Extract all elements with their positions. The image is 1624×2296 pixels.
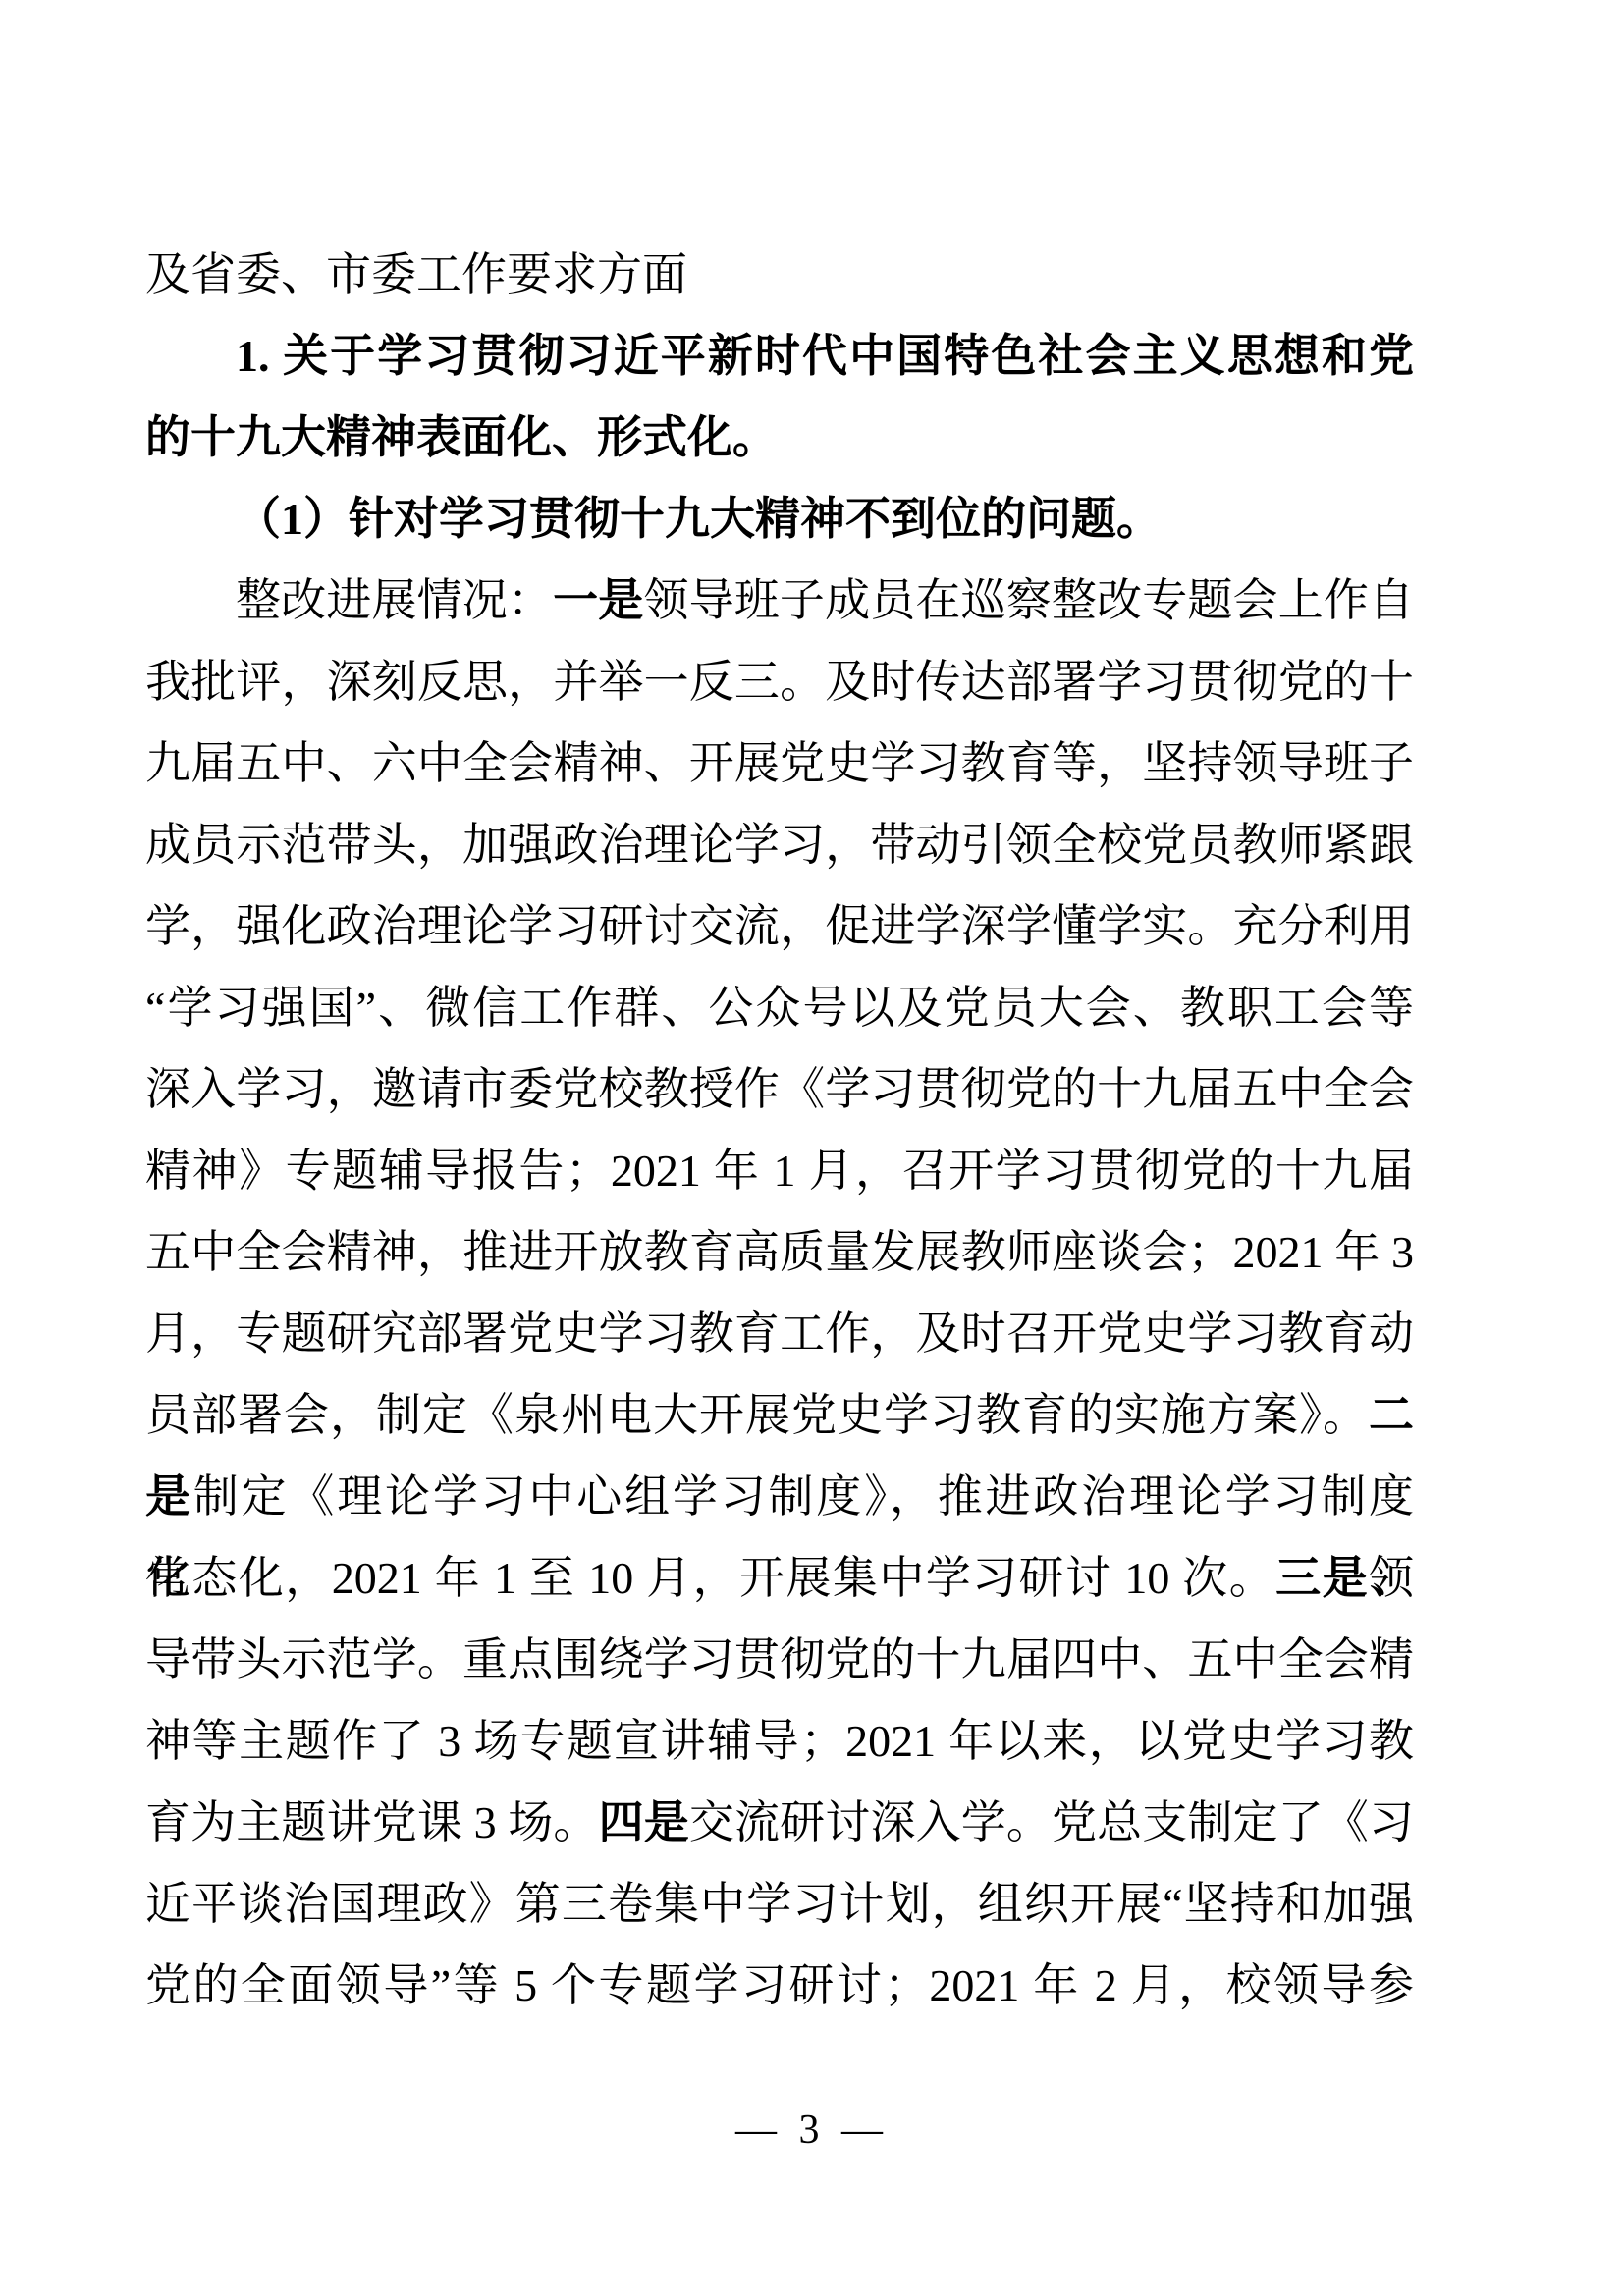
text-segment: 神等主题作了 3 场专题宣讲辅导；2021 年以来，以党史学习教 bbox=[145, 1716, 1414, 1766]
text-segment: 及省委、市委工作要求方面 bbox=[145, 249, 687, 299]
text-line: 月，专题研究部署党史学习教育工作，及时召开党史学习教育动 bbox=[145, 1293, 1414, 1374]
text-segment: 常态化，2021 年 1 至 10 月，开展集中学习研讨 10 次。 bbox=[145, 1553, 1275, 1603]
text-segment: 五中全会精神，推进开放教育高质量发展教师座谈会；2021 年 3 bbox=[145, 1227, 1414, 1277]
page-number: — 3 — bbox=[0, 2101, 1624, 2160]
text-segment: 我批评，深刻反思，并举一反三。及时传达部署学习贯彻党的十 bbox=[145, 657, 1414, 707]
text-line: 1. 关于学习贯彻习近平新时代中国特色社会主义思想和党 bbox=[145, 315, 1414, 397]
text-segment: 领导班子成员在巡察整改专题会上作自 bbox=[643, 575, 1414, 625]
text-line: 导带头示范学。重点围绕学习贯彻党的十九届四中、五中全会精 bbox=[145, 1619, 1414, 1700]
text-line: 深入学习，邀请市委党校教授作《学习贯彻党的十九届五中全会 bbox=[145, 1048, 1414, 1130]
bold-text-segment: 一是 bbox=[553, 575, 643, 625]
text-line: 五中全会精神，推进开放教育高质量发展教师座谈会；2021 年 3 bbox=[145, 1211, 1414, 1293]
document-page: 及省委、市委工作要求方面1. 关于学习贯彻习近平新时代中国特色社会主义思想和党的… bbox=[0, 0, 1624, 2296]
bold-text-segment: 二 bbox=[1369, 1390, 1414, 1440]
text-line: （1）针对学习贯彻十九大精神不到位的问题。 bbox=[145, 478, 1414, 560]
text-segment: 月，专题研究部署党史学习教育工作，及时召开党史学习教育动 bbox=[145, 1308, 1414, 1359]
text-line: 神等主题作了 3 场专题宣讲辅导；2021 年以来，以党史学习教 bbox=[145, 1700, 1414, 1782]
text-segment: 整改进展情况： bbox=[236, 575, 553, 625]
text-line: “学习强国”、微信工作群、公众号以及党员大会、教职工会等 bbox=[145, 967, 1414, 1048]
text-segment: 党的全面领导”等 5 个专题学习研讨；2021 年 2 月，校领导参 bbox=[145, 1960, 1414, 2010]
text-line: 是制定《理论学习中心组学习制度》，推进政治理论学习制度化、 bbox=[145, 1456, 1414, 1537]
bold-text-segment: （1）针对学习贯彻十九大精神不到位的问题。 bbox=[236, 494, 1162, 544]
text-line: 我批评，深刻反思，并举一反三。及时传达部署学习贯彻党的十 bbox=[145, 641, 1414, 722]
text-segment: 导带头示范学。重点围绕学习贯彻党的十九届四中、五中全会精 bbox=[145, 1634, 1414, 1684]
text-line: 育为主题讲党课 3 场。四是交流研讨深入学。党总支制定了《习 bbox=[145, 1782, 1414, 1863]
document-body: 及省委、市委工作要求方面1. 关于学习贯彻习近平新时代中国特色社会主义思想和党的… bbox=[145, 234, 1414, 2026]
bold-text-segment: 是 bbox=[145, 1471, 193, 1522]
text-line: 常态化，2021 年 1 至 10 月，开展集中学习研讨 10 次。三是领 bbox=[145, 1537, 1414, 1619]
text-line: 及省委、市委工作要求方面 bbox=[145, 234, 1414, 315]
text-segment: 深入学习，邀请市委党校教授作《学习贯彻党的十九届五中全会 bbox=[145, 1064, 1414, 1114]
text-segment: 交流研讨深入学。党总支制定了《习 bbox=[689, 1797, 1414, 1847]
text-segment: 员部署会，制定《泉州电大开展党史学习教育的实施方案》。 bbox=[145, 1390, 1369, 1440]
text-line: 成员示范带头，加强政治理论学习，带动引领全校党员教师紧跟 bbox=[145, 804, 1414, 885]
text-line: 学，强化政治理论学习研讨交流，促进学深学懂学实。充分利用 bbox=[145, 885, 1414, 967]
bold-text-segment: 的十九大精神表面化、形式化。 bbox=[145, 412, 778, 462]
text-segment: 近平谈治国理政》第三卷集中学习计划，组织开展“坚持和加强 bbox=[145, 1879, 1414, 1929]
bold-text-segment: 三是 bbox=[1275, 1553, 1369, 1603]
text-segment: 育为主题讲党课 3 场。 bbox=[145, 1797, 599, 1847]
text-segment: 领 bbox=[1369, 1553, 1414, 1603]
text-line: 整改进展情况：一是领导班子成员在巡察整改专题会上作自 bbox=[145, 560, 1414, 641]
text-line: 精神》专题辅导报告；2021 年 1 月，召开学习贯彻党的十九届 bbox=[145, 1130, 1414, 1211]
text-line: 员部署会，制定《泉州电大开展党史学习教育的实施方案》。二 bbox=[145, 1374, 1414, 1456]
text-line: 近平谈治国理政》第三卷集中学习计划，组织开展“坚持和加强 bbox=[145, 1863, 1414, 1945]
text-segment: 精神》专题辅导报告；2021 年 1 月，召开学习贯彻党的十九届 bbox=[145, 1146, 1414, 1196]
bold-text-segment: 四是 bbox=[599, 1797, 689, 1847]
text-line: 的十九大精神表面化、形式化。 bbox=[145, 397, 1414, 478]
text-line: 九届五中、六中全会精神、开展党史学习教育等，坚持领导班子 bbox=[145, 722, 1414, 804]
bold-text-segment: 1. 关于学习贯彻习近平新时代中国特色社会主义思想和党 bbox=[236, 331, 1414, 381]
text-segment: 成员示范带头，加强政治理论学习，带动引领全校党员教师紧跟 bbox=[145, 820, 1414, 870]
text-segment: 九届五中、六中全会精神、开展党史学习教育等，坚持领导班子 bbox=[145, 738, 1414, 788]
text-segment: 学，强化政治理论学习研讨交流，促进学深学懂学实。充分利用 bbox=[145, 901, 1414, 951]
text-line: 党的全面领导”等 5 个专题学习研讨；2021 年 2 月，校领导参 bbox=[145, 1945, 1414, 2026]
text-segment: “学习强国”、微信工作群、公众号以及党员大会、教职工会等 bbox=[145, 983, 1414, 1033]
